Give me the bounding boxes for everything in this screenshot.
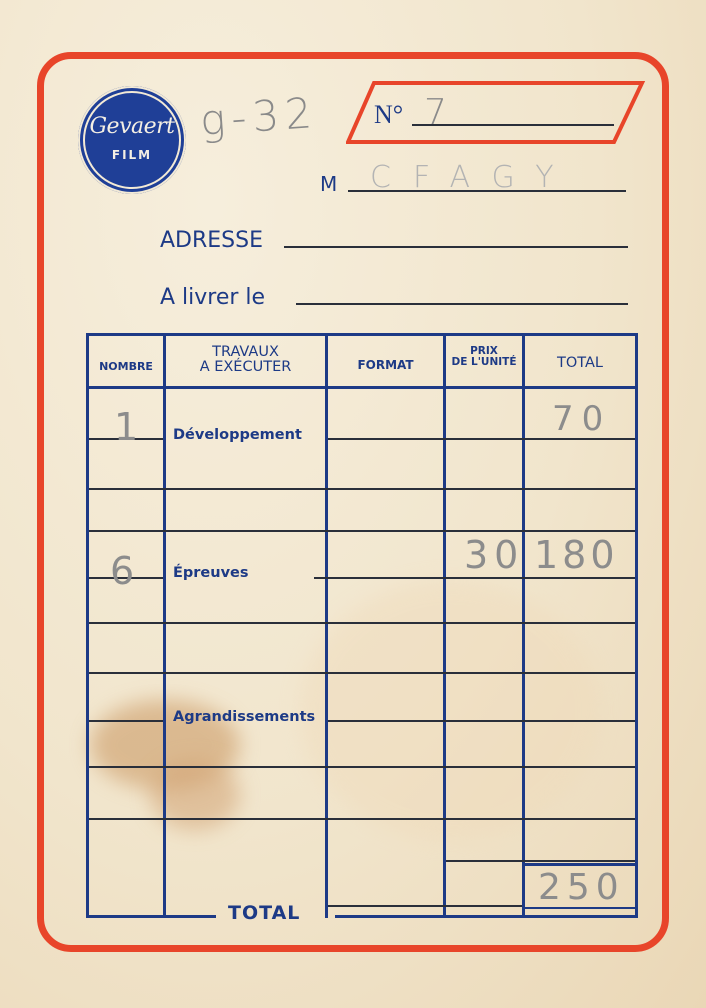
gevaert-logo: Gevaert FILM — [78, 86, 186, 194]
col-header-travaux: TRAVAUX A EXÉCUTER — [166, 345, 325, 375]
order-table: NOMBRE TRAVAUX A EXÉCUTER FORMAT PRIX DE… — [86, 333, 638, 918]
row-2-unit-price[interactable]: 30 — [464, 533, 524, 577]
table-border-top — [86, 333, 638, 336]
col-header-format: FORMAT — [328, 359, 443, 372]
brand-sub: FILM — [78, 148, 186, 162]
address-field-line[interactable] — [284, 246, 628, 248]
total-label: TOTAL — [228, 902, 300, 924]
row-2-quantity[interactable]: 6 — [110, 549, 134, 593]
col-header-prix: PRIX DE L'UNITÉ — [446, 346, 522, 368]
row-line — [89, 672, 635, 674]
row-line — [89, 622, 635, 624]
row-line — [89, 766, 635, 768]
service-developpement: Développement — [173, 427, 302, 443]
row-line — [89, 530, 635, 532]
row-line — [328, 905, 522, 907]
brand-name: Gevaert — [78, 114, 186, 139]
service-agrandissements: Agrandissements — [173, 709, 315, 725]
row-1-quantity[interactable]: 1 — [114, 405, 138, 449]
table-bottom-left — [86, 915, 216, 918]
col-header-travaux-line2: A EXÉCUTER — [166, 360, 325, 375]
col-header-total: TOTAL — [525, 356, 635, 371]
row-1-total[interactable]: 70 — [552, 399, 611, 439]
col-divider — [325, 333, 328, 918]
address-label: ADRESSE — [160, 228, 263, 253]
row-line — [89, 818, 635, 820]
delivery-label: A livrer le — [160, 285, 265, 310]
col-divider — [163, 333, 166, 918]
client-label: M — [320, 172, 337, 196]
grand-total-value[interactable]: 250 — [538, 867, 625, 908]
handwritten-ref: g-32 — [198, 88, 319, 145]
row-line — [89, 720, 163, 722]
service-epreuves: Épreuves — [173, 565, 249, 581]
col-header-prix-line2: DE L'UNITÉ — [446, 357, 522, 368]
number-label: N° — [374, 100, 403, 130]
col-header-travaux-line1: TRAVAUX — [166, 345, 325, 360]
col-divider — [443, 333, 446, 918]
table-border-right — [635, 333, 638, 918]
row-line — [328, 720, 635, 722]
col-divider — [522, 333, 525, 918]
col-header-nombre: NOMBRE — [89, 361, 163, 373]
delivery-field-line[interactable] — [296, 303, 628, 305]
number-value: 7 — [424, 92, 447, 133]
table-border-left — [86, 333, 89, 918]
row-line — [89, 488, 635, 490]
table-bottom-right — [335, 915, 638, 918]
grand-total-top — [522, 863, 638, 866]
header-bottom-rule — [86, 386, 638, 389]
row-line — [314, 577, 635, 579]
row-line — [446, 860, 635, 862]
client-value: CFAGY — [370, 160, 576, 195]
row-2-total[interactable]: 180 — [534, 533, 619, 577]
